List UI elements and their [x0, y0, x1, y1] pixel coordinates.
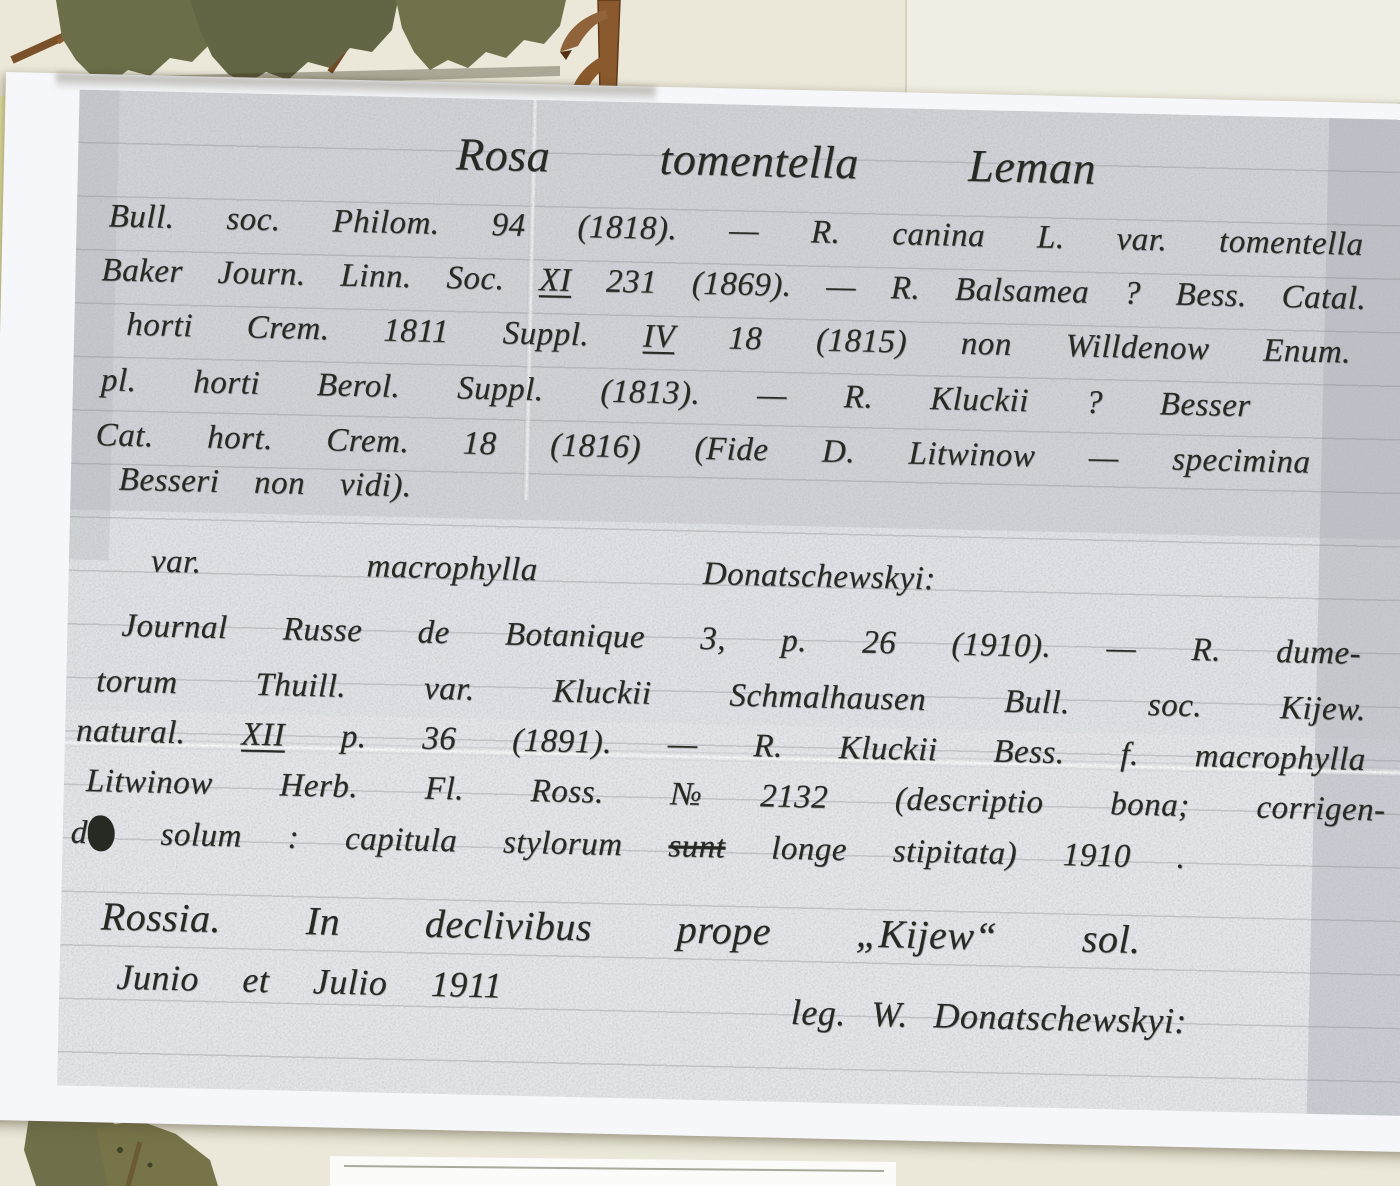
handwritten-note-paper: Rosa tomentella Leman Bull. soc. Philom.…	[0, 72, 1400, 1153]
text-segment: Besseri non vidi).	[118, 462, 412, 505]
text-segment: Junio et Julio 1911	[116, 957, 503, 1006]
leaf-spot	[117, 1147, 123, 1153]
text-segment: d	[70, 815, 88, 851]
text-segment: natural.	[76, 713, 242, 753]
leaf-spot	[148, 1163, 153, 1168]
text-segment: XI	[539, 262, 572, 299]
text-segment: a	[87, 815, 115, 852]
text-segment: IV	[643, 319, 675, 356]
text-segment: XII	[241, 717, 285, 754]
text-segment: sunt	[668, 828, 726, 865]
pressed-leaf-bottom-2	[96, 1120, 218, 1186]
herbarium-scan: { "document": { "kind": "handwritten her…	[0, 0, 1400, 1186]
paper-label-strip	[330, 1156, 896, 1186]
text-segment: leg. W. Donatschewskyi:	[790, 992, 1187, 1041]
pressed-leaf-3	[396, 0, 566, 70]
